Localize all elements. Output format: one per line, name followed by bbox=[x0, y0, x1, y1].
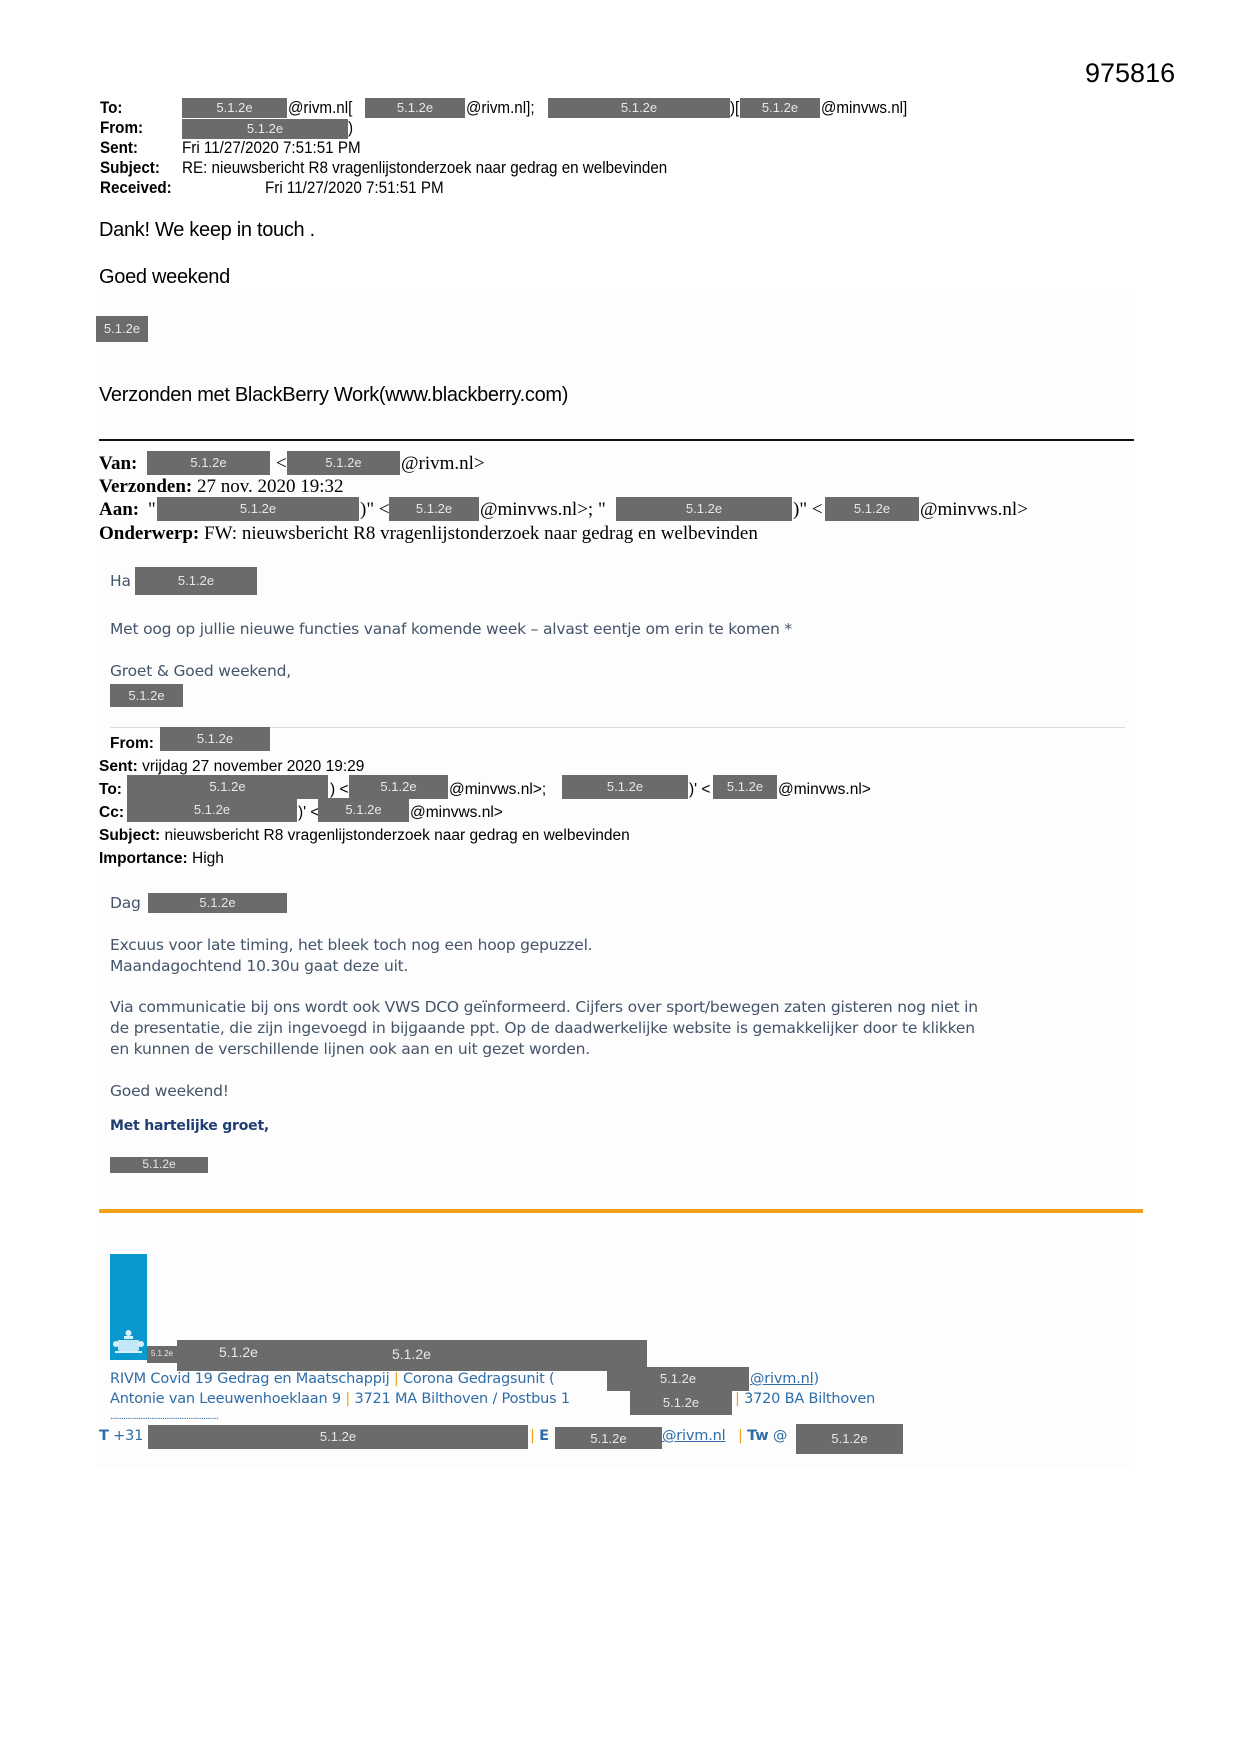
fw-to-fragment: @minvws.nl> bbox=[920, 499, 1028, 521]
orig-sent-value: vrijdag 27 november 2020 19:29 bbox=[142, 758, 364, 775]
to-label: To: bbox=[100, 99, 122, 118]
fw-greeting: Ha bbox=[110, 572, 131, 590]
street-address: Antonie van Leeuwenhoeklaan 9 bbox=[110, 1391, 341, 1407]
redaction: 5.1.2e bbox=[796, 1424, 903, 1454]
orig-greeting: Dag bbox=[110, 894, 141, 912]
redaction: 5.1.2e bbox=[740, 98, 820, 118]
redaction: 5.1.2e bbox=[127, 798, 297, 822]
redaction: 5.1.2e bbox=[318, 798, 409, 822]
redaction: 5.1.2e bbox=[148, 1425, 528, 1449]
redaction: 5.1.2e bbox=[562, 775, 688, 799]
fw-from-fragment: < bbox=[276, 453, 287, 475]
fw-subject-label: Onderwerp: FW: nieuwsbericht R8 vragenli… bbox=[99, 523, 758, 545]
subject-value: RE: nieuwsbericht R8 vragenlijstonderzoe… bbox=[182, 159, 667, 178]
postal-address: 3721 MA Bilthoven / Postbus 1 bbox=[354, 1391, 569, 1407]
blackberry-footer: Verzonden met BlackBerry Work(www.blackb… bbox=[99, 384, 568, 407]
redaction: 5.1.2e bbox=[713, 775, 777, 799]
body-line: Dank! We keep in touch . bbox=[99, 219, 315, 242]
fw-sent-value: 27 nov. 2020 19:32 bbox=[197, 476, 344, 497]
fw-to-label: Aan: bbox=[99, 499, 139, 521]
signature-org-line: RIVM Covid 19 Gedrag en Maatschappij | C… bbox=[110, 1371, 555, 1387]
redaction: 5.1.2e bbox=[147, 451, 270, 475]
redaction: 5.1.2e bbox=[110, 1157, 208, 1173]
redaction: 5.1.2e bbox=[157, 497, 359, 521]
redaction: 5.1.2e bbox=[182, 119, 348, 139]
from-fragment: ) bbox=[348, 119, 353, 138]
orig-from-label: From: bbox=[110, 735, 154, 753]
orig-sent: Sent: vrijdag 27 november 2020 19:29 bbox=[99, 758, 364, 776]
twitter-label: | Tw @ bbox=[738, 1428, 787, 1444]
orig-to-fragment: @minvws.nl>; bbox=[449, 781, 546, 799]
fw-to-fragment: " bbox=[148, 499, 156, 521]
redaction: 5.1.2e bbox=[607, 1367, 749, 1391]
to-fragment: @rivm.nl[ bbox=[288, 99, 352, 118]
signature-address-line: Antonie van Leeuwenhoeklaan 9 | 3721 MA … bbox=[110, 1391, 570, 1407]
rijksoverheid-logo bbox=[110, 1254, 147, 1360]
orig-body-line: de presentatie, die zijn ingevoegd in bi… bbox=[110, 1019, 975, 1037]
unit-email[interactable]: @rivm.nl) bbox=[750, 1371, 819, 1387]
orig-cc-label: Cc: bbox=[99, 804, 124, 822]
redaction: 5.1.2e bbox=[349, 775, 448, 799]
fw-to-fragment: )" < bbox=[793, 499, 823, 521]
redaction: 5.1.2e bbox=[548, 98, 730, 118]
unit-close: ) bbox=[813, 1371, 818, 1387]
fw-to-fragment: @minvws.nl>; " bbox=[480, 499, 606, 521]
to-fragment: @minvws.nl] bbox=[821, 99, 907, 118]
redaction: 5.1.2e bbox=[96, 316, 148, 342]
to-fragment: @rivm.nl]; bbox=[466, 99, 535, 118]
orig-body-line: Excuus voor late timing, het bleek toch … bbox=[110, 936, 592, 954]
orig-subject-value: nieuwsbericht R8 vragenlijstonderzoek na… bbox=[164, 827, 629, 844]
redaction: 5.1.2e bbox=[365, 98, 465, 118]
fw-from-fragment: @rivm.nl> bbox=[401, 453, 485, 475]
redaction: 5.1.2e bbox=[389, 497, 479, 521]
subject-label: Subject: bbox=[100, 159, 160, 178]
redaction: 5.1.2e bbox=[110, 684, 183, 707]
received-label: Received: bbox=[100, 179, 172, 198]
redaction-label: 5.1.2e bbox=[219, 1345, 258, 1359]
redaction: 5.1.2e bbox=[148, 893, 287, 913]
email-link[interactable]: @rivm.nl bbox=[662, 1428, 725, 1444]
redaction: 5.1.2e bbox=[147, 1346, 177, 1363]
from-label: From: bbox=[100, 119, 143, 138]
postal-city: | 3720 BA Bilthoven bbox=[735, 1391, 875, 1407]
to-fragment: )[ bbox=[730, 99, 739, 118]
org-name: RIVM Covid 19 Gedrag en Maatschappij bbox=[110, 1371, 389, 1387]
redaction: 5.1.2e bbox=[287, 451, 400, 475]
redaction: 5.1.2e bbox=[182, 98, 287, 118]
orig-to-fragment: )' < bbox=[689, 781, 710, 799]
sent-value: Fri 11/27/2020 7:51:51 PM bbox=[182, 139, 361, 158]
redaction: 5.1.2e bbox=[160, 727, 270, 751]
fw-sent-label: Verzonden: 27 nov. 2020 19:32 bbox=[99, 476, 344, 498]
email-label: | E bbox=[530, 1428, 549, 1444]
orig-to-fragment: @minvws.nl> bbox=[778, 781, 871, 799]
email-suffix[interactable]: @rivm.nl bbox=[662, 1428, 725, 1444]
orig-regards: Met hartelijke groet, bbox=[110, 1118, 269, 1134]
redaction: 5.1.2e bbox=[135, 567, 257, 595]
orig-body-line: Via communicatie bij ons wordt ook VWS D… bbox=[110, 998, 978, 1016]
redaction: 5.1.2e bbox=[127, 775, 328, 799]
orig-cc-fragment: @minvws.nl> bbox=[410, 804, 503, 822]
separator-line bbox=[99, 439, 1134, 441]
fw-to-fragment: )" < bbox=[360, 499, 390, 521]
twitter-prefix: @ bbox=[773, 1428, 787, 1444]
fw-subject-value: FW: nieuwsbericht R8 vragenlijstonderzoe… bbox=[204, 523, 758, 544]
orig-closing: Goed weekend! bbox=[110, 1082, 229, 1100]
orig-subject: Subject: nieuwsbericht R8 vragenlijstond… bbox=[99, 827, 630, 845]
orig-body-line: en kunnen de verschillende lijnen ook aa… bbox=[110, 1040, 590, 1058]
dotted-line: ........................................… bbox=[110, 1412, 218, 1422]
redaction-label: 5.1.2e bbox=[392, 1347, 431, 1361]
unit-name: Corona Gedragsunit ( bbox=[403, 1371, 555, 1387]
importance-value: High bbox=[192, 850, 224, 867]
rijksoverheid-emblem-icon bbox=[110, 1254, 147, 1360]
document-number: 975816 bbox=[1085, 58, 1175, 89]
redaction: 5.1.2e bbox=[555, 1427, 662, 1449]
sent-label: Sent: bbox=[100, 139, 138, 158]
orig-to-label: To: bbox=[99, 781, 122, 799]
fw-closing: Groet & Goed weekend, bbox=[110, 662, 291, 680]
redaction: 5.1.2e bbox=[630, 1391, 732, 1415]
phone-prefix: +31 bbox=[113, 1428, 143, 1444]
redaction: 5.1.2e bbox=[616, 497, 792, 521]
fw-from-label: Van: bbox=[99, 453, 137, 475]
postal2: 3720 BA Bilthoven bbox=[744, 1391, 875, 1407]
phone-line: T +31 bbox=[99, 1428, 143, 1444]
fw-body-line: Met oog op jullie nieuwe functies vanaf … bbox=[110, 620, 792, 638]
received-value: Fri 11/27/2020 7:51:51 PM bbox=[265, 179, 444, 198]
redaction: 5.1.2e bbox=[825, 497, 919, 521]
unit-email-link[interactable]: @rivm.nl bbox=[750, 1371, 813, 1387]
orig-body-line: Maandagochtend 10.30u gaat deze uit. bbox=[110, 957, 408, 975]
body-line: Goed weekend bbox=[99, 266, 230, 289]
orig-importance: Importance: High bbox=[99, 850, 224, 868]
redaction-block: 5.1.2e 5.1.2e bbox=[177, 1340, 647, 1371]
orig-cc-fragment: )' < bbox=[298, 804, 319, 822]
signature-separator bbox=[99, 1209, 1143, 1213]
orig-to-fragment: ) < bbox=[330, 781, 349, 799]
